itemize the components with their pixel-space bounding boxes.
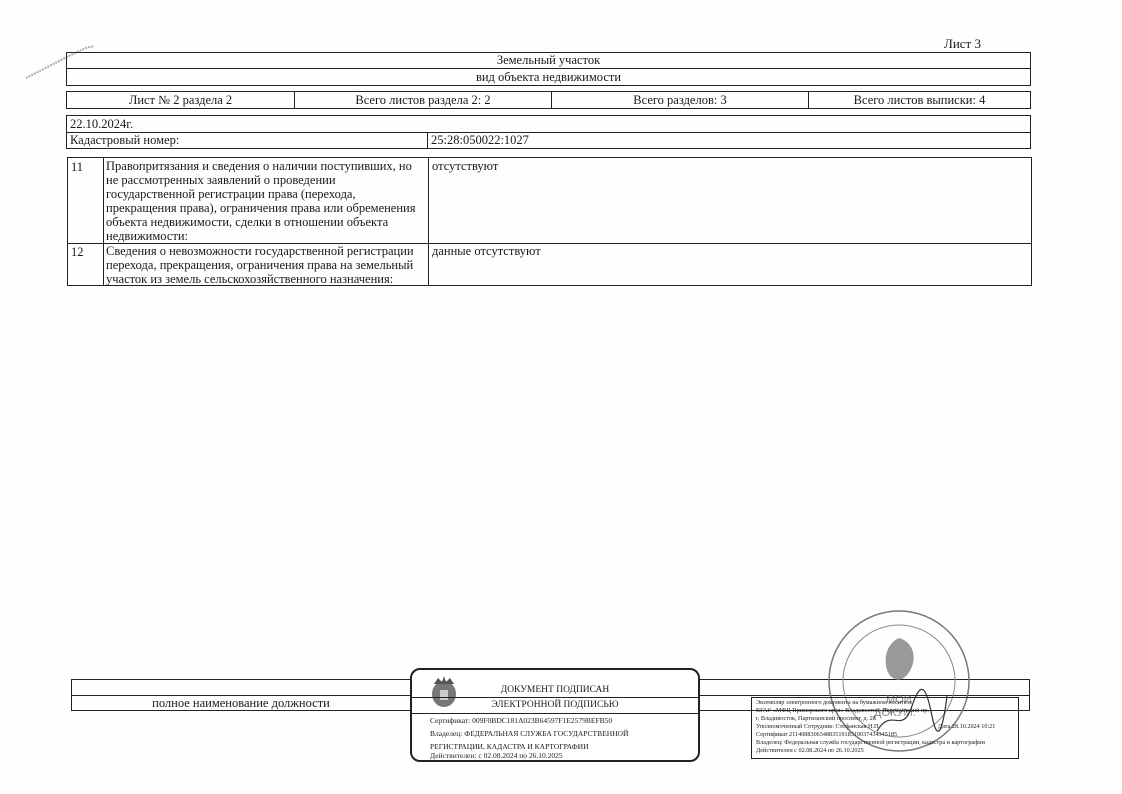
divider [412, 697, 698, 698]
table-row: 12 Сведения о невозможности государствен… [68, 243, 1031, 285]
signed-subtitle: ЭЛЕКТРОННОЙ ПОДПИСЬЮ [412, 699, 698, 711]
certificate: Сертификат: 009F0BDC181A023B64597F1E2579… [430, 716, 612, 726]
cadastral-label: Кадастровый номер: [70, 133, 179, 147]
object-type-label: вид объекта недвижимости [67, 69, 1030, 85]
row-label: Сведения о невозможности государственной… [104, 243, 429, 285]
records-table: 11 Правопритязания и сведения о наличии … [67, 157, 1032, 286]
record-info: 22.10.2024г. Кадастровый номер: 25:28:05… [66, 115, 1031, 149]
row-number: 12 [68, 243, 104, 285]
position-blank [72, 680, 410, 696]
row-number: 11 [68, 158, 104, 243]
table-row: 11 Правопритязания и сведения о наличии … [68, 158, 1031, 244]
sheet-number: Лист 3 [944, 36, 981, 52]
electronic-signature-block: ДОКУМЕНТ ПОДПИСАН ЭЛЕКТРОННОЙ ПОДПИСЬЮ С… [410, 668, 700, 762]
object-header: Земельный участок вид объекта недвижимос… [66, 52, 1031, 86]
stamp-line: Действителен с 02.08.2024 по 26.10.2025 [756, 747, 864, 755]
cadastral-row: Кадастровый номер: 25:28:050022:1027 [67, 133, 1030, 149]
cadastral-number: 25:28:050022:1027 [427, 133, 529, 149]
row-value: отсутствуют [429, 158, 1031, 243]
sheet-of-section: Лист № 2 раздела 2 [67, 92, 295, 108]
row-value: данные отсутствуют [429, 243, 1031, 285]
position-label: полное наименование должности [72, 696, 410, 711]
stamp-line: г. Владивосток, Партизанский проспект, д… [756, 715, 876, 723]
sheet-info-bar: Лист № 2 раздела 2 Всего листов раздела … [66, 91, 1031, 109]
validity: Действителен: с 02.08.2024 по 26.10.2025 [430, 751, 563, 761]
record-date: 22.10.2024г. [67, 116, 1030, 133]
stamp-line: Уполномоченный Сотрудник: Стефанская Н.П… [756, 723, 880, 731]
position-field: полное наименование должности [71, 679, 411, 711]
divider [412, 713, 698, 714]
owner-line1: Владелец: ФЕДЕРАЛЬНАЯ СЛУЖБА ГОСУДАРСТВЕ… [430, 729, 628, 739]
object-title: Земельный участок [67, 53, 1030, 69]
section-sheets-total: Всего листов раздела 2: 2 [295, 92, 552, 108]
handwritten-signature-icon [872, 686, 952, 746]
row-label: Правопритязания и сведения о наличии пос… [104, 158, 429, 243]
sections-total: Всего разделов: 3 [552, 92, 809, 108]
signed-title: ДОКУМЕНТ ПОДПИСАН [412, 684, 698, 696]
extract-sheets-total: Всего листов выписки: 4 [809, 92, 1030, 108]
paper-copy-stamp: Экземпляр электронного документа на бума… [751, 697, 1019, 759]
